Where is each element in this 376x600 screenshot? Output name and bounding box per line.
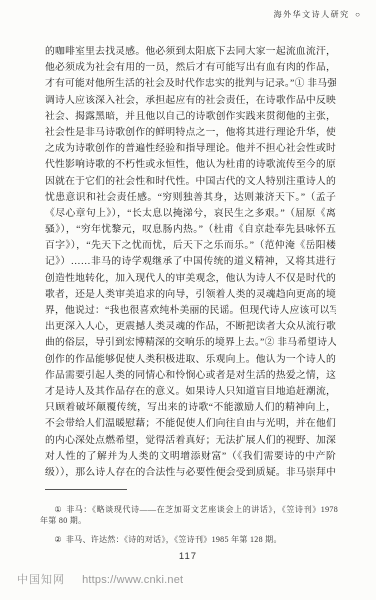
text-line: 忧患意识和社会责任感。“穷则独善其身，达则兼济天下。”（孟子 bbox=[45, 190, 336, 206]
text-line: 作品需要引起人类的同情心和怜悯心或者是对生活的热爱之情，这 bbox=[45, 368, 336, 384]
text-line: 才是诗人及其作品存在的意义。如果诗人只知道盲目地追赶潮流， bbox=[45, 384, 336, 400]
text-line: 《尽心章句上》），“长太息以掩涕兮，哀民生之多艰。”（屈原《离 bbox=[45, 206, 336, 222]
page-number: 117 bbox=[0, 551, 376, 562]
text-line: 不会带给人们温暖慰藉；不能促使人们向往自由与光明，并在他们 bbox=[45, 416, 336, 432]
footnote-item: ①非马：《略谈现代诗——在芝加哥文艺座谈会上的讲话》，《笠诗刊》1978 年第 … bbox=[40, 504, 338, 526]
text-line: 记》）……非马的诗学观继承了中国传统的道义精神，又将其进行 bbox=[45, 254, 336, 270]
running-header: 海外华文诗人研究 ○ bbox=[274, 9, 360, 20]
text-line: 的咖啡室里去找灵感。他必须到太阳底下去同大家一起流血流汗， bbox=[45, 44, 336, 60]
footnote-divider bbox=[45, 489, 127, 490]
text-line: 曲的俗层，导引到宏博精深的交响乐的境界上去。”② 非马希望诗人 bbox=[45, 335, 336, 351]
cnki-brand: 中国知网 bbox=[17, 574, 65, 586]
body-text: 的咖啡室里去找灵感。他必须到太阳底下去同大家一起流血流汗，他必须成为社会有用的一… bbox=[45, 44, 336, 481]
text-line: 界，他说过：“我也很喜欢纯朴美丽的民谣。但现代诗人应该可以写 bbox=[45, 303, 336, 319]
text-line: 只顾着破坏颠覆传统，写出来的诗歌“不能激励人们的精神向上， bbox=[45, 400, 336, 416]
footnote-text: 非马：《略谈现代诗——在芝加哥文艺座谈会上的讲话》，《笠诗刊》1978 年第 8… bbox=[40, 505, 338, 525]
cnki-url: https://www.cnki.net bbox=[82, 574, 183, 586]
text-line: 之成为诗歌创作的普遍性经验和指导理论。他并不担心社会性或时 bbox=[45, 141, 336, 157]
text-line: 对人性的了解并为人类的文明增添财富”（《我们需要诗的中产阶 bbox=[45, 449, 336, 465]
text-line: 骚》），“穷年忧黎元，叹息肠内热。”（杜甫《自京赴奉先县咏怀五 bbox=[45, 222, 336, 238]
footnote-item: ②非马、许达然：《诗的对话》，《笠诗刊》1985 年第 128 期。 bbox=[40, 534, 338, 545]
text-line: 社会、揭露黑暗，并且他以自己的诗歌创作实践来贯彻他的主张， bbox=[45, 109, 336, 125]
text-line: 才有可能对他所生活的社会及时代作忠实的批判与记录。”① 非马强 bbox=[45, 76, 336, 92]
header-circle-icon: ○ bbox=[355, 10, 360, 19]
footnote-marker: ② bbox=[54, 535, 61, 544]
text-line: 创造性地转化，加入现代人的审美观念，他认为诗人不仅是时代的 bbox=[45, 271, 336, 287]
footnote-text: 非马、许达然：《诗的对话》，《笠诗刊》1985 年第 128 期。 bbox=[66, 535, 282, 544]
text-line: 因就在于它们的社会性和时代性。中国古代的文人特别注重诗人的 bbox=[45, 174, 336, 190]
text-line: 创作的作品能够促使人类积极进取、乐观向上。他认为一个诗人的 bbox=[45, 352, 336, 368]
text-line: 出更深入人心，更震撼人类灵魂的作品，不断把读者大众从流行歌 bbox=[45, 319, 336, 335]
running-title: 海外华文诗人研究 bbox=[274, 10, 350, 19]
footnote-marker: ① bbox=[54, 505, 62, 514]
text-line: 代性影响诗歌的不朽性或永恒性，他认为杜甫的诗歌流传至今的原 bbox=[45, 157, 336, 173]
footnotes: ①非马：《略谈现代诗——在芝加哥文艺座谈会上的讲话》，《笠诗刊》1978 年第 … bbox=[40, 496, 338, 554]
cnki-watermark: 中国知网 https://www.cnki.net bbox=[17, 571, 183, 587]
text-line: 歌者，还是人类审美追求的向导，引领着人类的灵魂趋向更高的境 bbox=[45, 287, 336, 303]
text-line: 的内心深处点燃希望，觉得活着真好；无法扩展人们的视野、加深 bbox=[45, 433, 336, 449]
document-page: 海外华文诗人研究 ○ 的咖啡室里去找灵感。他必须到太阳底下去同大家一起流血流汗，… bbox=[0, 0, 376, 600]
text-line: 调诗人应该深入社会，承担起应有的社会责任，在诗歌作品中反映 bbox=[45, 93, 336, 109]
text-line: 级）），那么诗人存在的合法性与必要性便会受到质疑。非马崇拜中 bbox=[45, 465, 336, 481]
text-line: 他必须成为社会有用的一员，然后才有可能写出有血有肉的作品， bbox=[45, 60, 336, 76]
text-line: 社会性是非马诗歌创作的鲜明特点之一，他将其进行理论升华，使 bbox=[45, 125, 336, 141]
text-line: 百字》），“先天下之忧而忧，后天下之乐而乐。”（范仲淹《岳阳楼 bbox=[45, 238, 336, 254]
